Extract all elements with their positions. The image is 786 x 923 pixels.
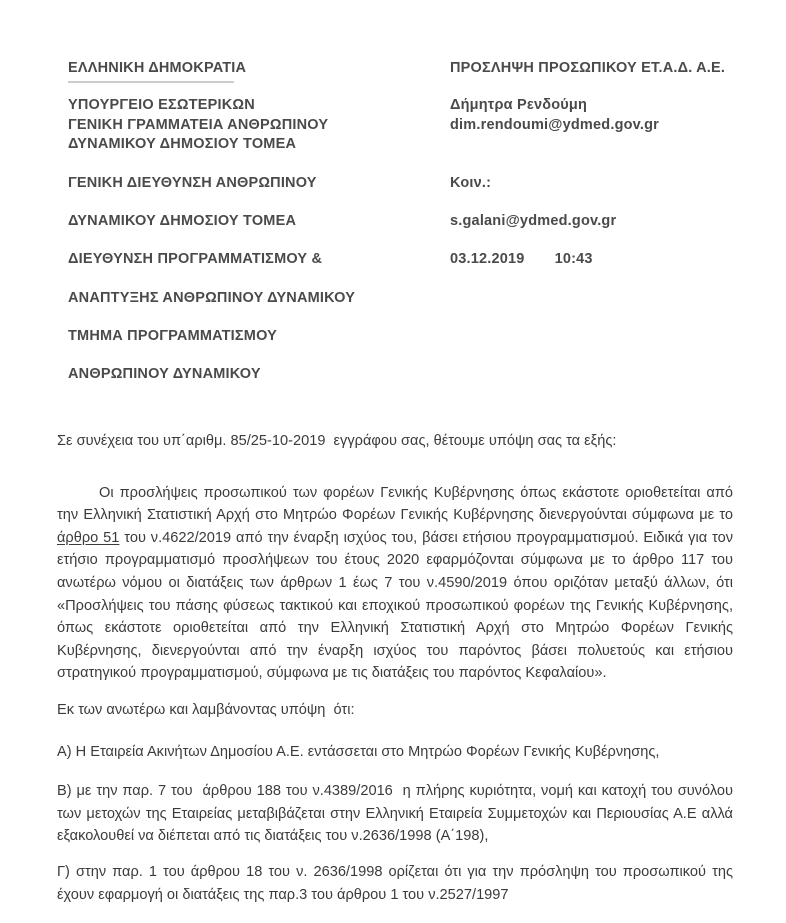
contact-email: dim.rendoumi@ydmed.gov.gr (450, 117, 659, 133)
letter-body: Σε συνέχεια του υπ΄αριθμ. 85/25-10-2019 … (57, 430, 733, 906)
lead-in-line: Εκ των ανωτέρω και λαμβάνοντας υπόψη ότι… (57, 699, 733, 722)
intro-paragraph: Σε συνέχεια του υπ΄αριθμ. 85/25-10-2019 … (57, 430, 733, 453)
legal-basis-text-before: Οι προσλήψεις προσωπικού των φορέων Γενι… (57, 485, 733, 524)
letterhead-department-line1: ΤΜΗΜΑ ΠΡΟΓΡΑΜΜΑΤΙΣΜΟΥ (68, 328, 277, 344)
letterhead-directorate-line1: ΔΙΕΥΘΥΝΣΗ ΠΡΟΓΡΑΜΜΑΤΙΣΜΟΥ & (68, 251, 322, 267)
scanned-letter-page: ΕΛΛΗΝΙΚΗ ΔΗΜΟΚΡΑΤΙΑ ΥΠΟΥΡΓΕΙΟ ΕΣΩΤΕΡΙΚΩΝ… (0, 0, 786, 923)
letterhead-ministry: ΥΠΟΥΡΓΕΙΟ ΕΣΩΤΕΡΙΚΩΝ (68, 97, 255, 113)
letterhead-directorate-line2: ΑΝΑΠΤΥΞΗΣ ΑΝΘΡΩΠΙΝΟΥ ΔΥΝΑΜΙΚΟΥ (68, 290, 355, 306)
cc-label: Κοιν.: (450, 175, 491, 191)
letter-subject: ΠΡΟΣΛΗΨΗ ΠΡΟΣΩΠΙΚΟΥ ΕΤ.Α.Δ. Α.Ε. (450, 60, 725, 76)
letterhead-directorate-general-line2: ΔΥΝΑΜΙΚΟΥ ΔΗΜΟΣΙΟΥ ΤΟΜΕΑ (68, 213, 296, 229)
date-time-line: 03.12.201910:43 (450, 251, 593, 267)
letter-time: 10:43 (555, 251, 593, 267)
letterhead-directorate-general-line1: ΓΕΝΙΚΗ ΔΙΕΥΘΥΝΣΗ ΑΝΘΡΩΠΙΝΟΥ (68, 175, 317, 191)
list-item-beta: Β) με την παρ. 7 του άρθρου 188 του ν.43… (57, 780, 733, 848)
letterhead-rule (68, 81, 234, 83)
letterhead-republic: ΕΛΛΗΝΙΚΗ ΔΗΜΟΚΡΑΤΙΑ (68, 60, 246, 76)
cc-email: s.galani@ydmed.gov.gr (450, 213, 616, 229)
list-item-alpha: Α) Η Εταιρεία Ακινήτων Δημοσίου Α.Ε. εντ… (57, 741, 733, 764)
contact-name: Δήμητρα Ρενδούμη (450, 97, 587, 113)
letterhead-secretariat-line2: ΔΥΝΑΜΙΚΟΥ ΔΗΜΟΣΙΟΥ ΤΟΜΕΑ (68, 136, 296, 152)
legal-basis-paragraph: Οι προσλήψεις προσωπικού των φορέων Γενι… (57, 482, 733, 685)
legal-basis-text-after: του ν.4622/2019 από την έναρξη ισχύος το… (57, 530, 733, 682)
letter-date: 03.12.2019 (450, 251, 525, 267)
letterhead-secretariat-line1: ΓΕΝΙΚΗ ΓΡΑΜΜΑΤΕΙΑ ΑΝΘΡΩΠΙΝΟΥ (68, 117, 328, 133)
list-item-gamma: Γ) στην παρ. 1 του άρθρου 18 του ν. 2636… (57, 861, 733, 906)
letterhead-department-line2: ΑΝΘΡΩΠΙΝΟΥ ΔΥΝΑΜΙΚΟΥ (68, 366, 261, 382)
article-51-underlined-reference: άρθρο 51 (57, 530, 119, 546)
